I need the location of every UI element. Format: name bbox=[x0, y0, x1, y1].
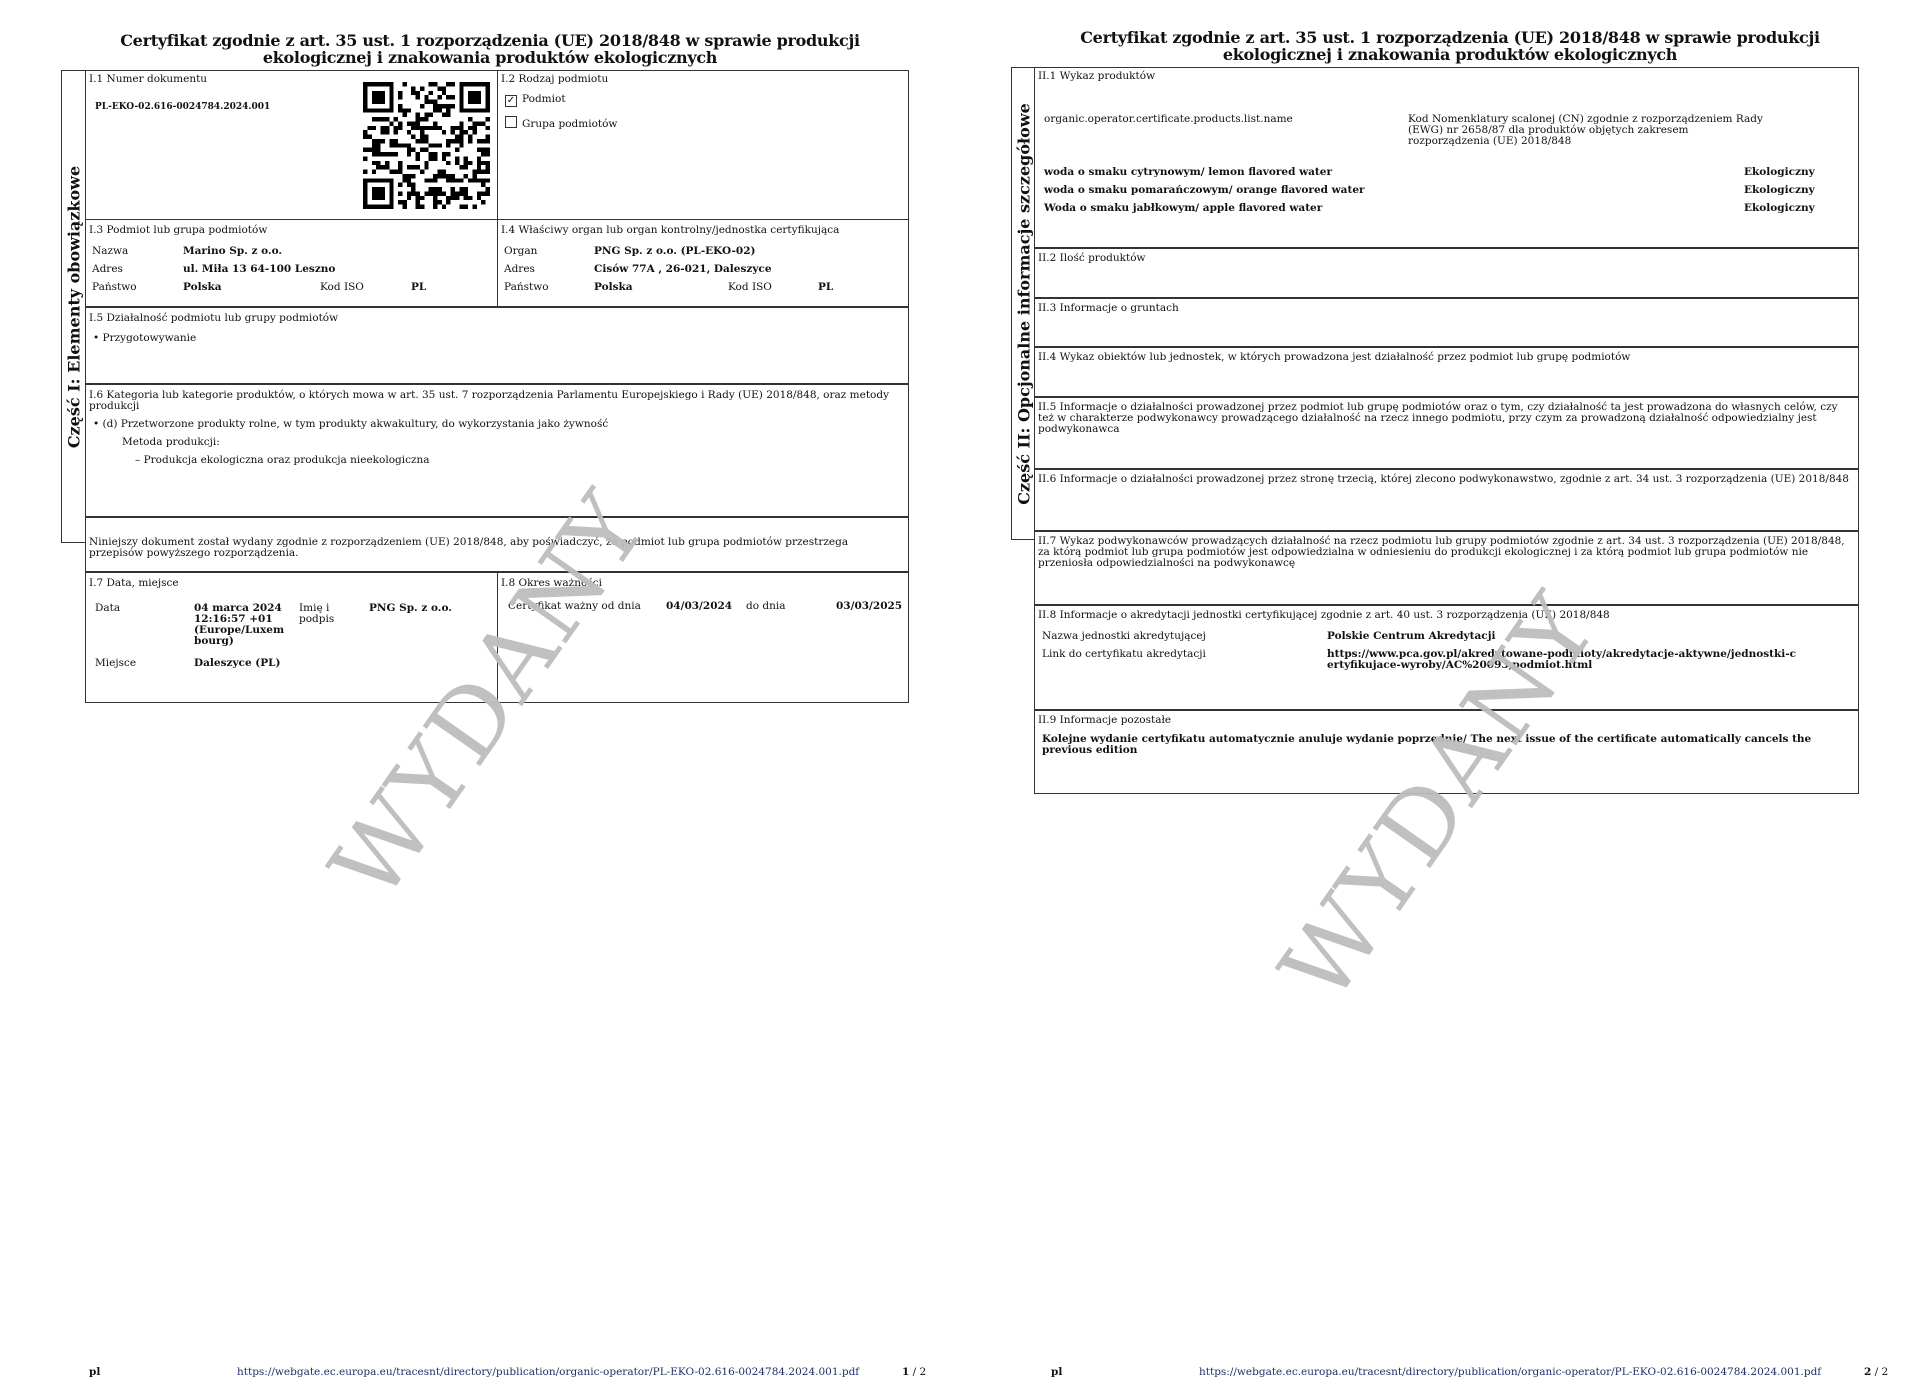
product-status: Ekologiczny bbox=[1744, 167, 1815, 178]
section-i6: I.6 Kategoria lub kategorie produktów, o… bbox=[85, 387, 909, 469]
section-ii1: II.1 Wykaz produktów bbox=[1034, 68, 1859, 85]
section-heading: I.4 Właściwy organ lub organ kontrolny/j… bbox=[501, 225, 905, 236]
product-name: woda o smaku cytrynowym/ lemon flavored … bbox=[1044, 167, 1332, 178]
operator-address: ul. Miła 13 64-100 Leszno bbox=[183, 264, 335, 275]
section-ii2: II.2 Ilość produktów bbox=[1034, 250, 1859, 267]
checkbox-grupa[interactable]: Grupa podmiotów bbox=[505, 116, 905, 130]
section-ii3: II.3 Informacje o gruntach bbox=[1034, 300, 1859, 317]
section-heading: II.8 Informacje o akredytacji jednostki … bbox=[1038, 610, 1855, 621]
part-2-label: Część II: Opcjonalne informacje szczegół… bbox=[1011, 67, 1035, 540]
divider bbox=[85, 516, 909, 518]
section-heading: II.1 Wykaz produktów bbox=[1038, 71, 1855, 82]
activity-item: • Przygotowywanie bbox=[93, 333, 905, 344]
production-method: – Produkcja ekologiczna oraz produkcja n… bbox=[135, 455, 905, 466]
field-label: Data bbox=[95, 603, 120, 614]
section-ii7: II.7 Wykaz podwykonawców prowadzących dz… bbox=[1034, 533, 1859, 572]
checkbox-unchecked-icon[interactable] bbox=[505, 116, 517, 128]
issuance-statement: Niniejszy dokument został wydany zgodnie… bbox=[85, 534, 909, 562]
section-i3: I.3 Podmiot lub grupa podmiotów bbox=[85, 222, 497, 239]
field-label: Nazwa jednostki akredytującej bbox=[1042, 631, 1206, 642]
issue-date: 04 marca 202412:16:57 +01(Europe/Luxembo… bbox=[194, 603, 289, 647]
page-number: 2 / 2 bbox=[1864, 1366, 1888, 1378]
divider bbox=[85, 383, 909, 385]
divider bbox=[1034, 396, 1859, 398]
section-i2: I.2 Rodzaj podmiotu ✓Podmiot Grupa podmi… bbox=[497, 71, 909, 133]
document-url-link[interactable]: https://webgate.ec.europa.eu/tracesnt/di… bbox=[237, 1366, 859, 1378]
document-title: Certyfikat zgodnie z art. 35 ust. 1 rozp… bbox=[70, 32, 910, 66]
qr-code-icon bbox=[363, 82, 490, 209]
product-category: • (d) Przetworzone produkty rolne, w tym… bbox=[93, 419, 905, 430]
document-number: PL-EKO-02.616-0024784.2024.001 bbox=[95, 102, 270, 113]
method-label: Metoda produkcji: bbox=[122, 437, 905, 448]
operator-iso: PL bbox=[411, 282, 426, 293]
control-body-address: Cisów 77A , 26-021, Daleszyce bbox=[594, 264, 772, 275]
product-status: Ekologiczny bbox=[1744, 185, 1815, 196]
field-label: Kod ISO bbox=[728, 282, 772, 293]
divider bbox=[1034, 346, 1859, 348]
field-label: Organ bbox=[504, 246, 537, 257]
certificate-page-1: Certyfikat zgodnie z art. 35 ust. 1 rozp… bbox=[0, 0, 960, 1385]
section-heading: I.7 Data, miejsce bbox=[89, 578, 493, 589]
divider bbox=[1034, 297, 1859, 299]
document-url-link[interactable]: https://webgate.ec.europa.eu/tracesnt/di… bbox=[1199, 1366, 1821, 1378]
field-label: Miejsce bbox=[95, 658, 136, 669]
column-header-name: organic.operator.certificate.products.li… bbox=[1044, 114, 1293, 125]
field-label: Link do certyfikatu akredytacji bbox=[1042, 649, 1206, 660]
field-label: Państwo bbox=[92, 282, 137, 293]
section-i5: I.5 Działalność podmiotu lub grupy podmi… bbox=[85, 310, 909, 347]
control-body-country: Polska bbox=[594, 282, 633, 293]
section-heading: I.6 Kategoria lub kategorie produktów, o… bbox=[89, 390, 905, 412]
certificate-page-2: Certyfikat zgodnie z art. 35 ust. 1 rozp… bbox=[960, 0, 1920, 1385]
field-label: Adres bbox=[504, 264, 535, 275]
section-ii4: II.4 Wykaz obiektów lub jednostek, w któ… bbox=[1034, 349, 1859, 366]
checkbox-podmiot[interactable]: ✓Podmiot bbox=[505, 94, 905, 107]
accreditation-body: Polskie Centrum Akredytacji bbox=[1327, 631, 1495, 642]
divider bbox=[1034, 468, 1859, 470]
section-heading: I.2 Rodzaj podmiotu bbox=[501, 74, 905, 85]
operator-name: Marino Sp. z o.o. bbox=[183, 246, 282, 257]
product-status: Ekologiczny bbox=[1744, 203, 1815, 214]
divider bbox=[1034, 604, 1859, 606]
field-label: do dnia bbox=[746, 601, 785, 612]
control-body-name: PNG Sp. z o.o. (PL-EKO-02) bbox=[594, 246, 756, 257]
section-heading: I.3 Podmiot lub grupa podmiotów bbox=[89, 225, 493, 236]
section-i7: I.7 Data, miejsce bbox=[85, 575, 497, 592]
field-label: Adres bbox=[92, 264, 123, 275]
field-label: Kod ISO bbox=[320, 282, 364, 293]
page-number: 1 / 2 bbox=[902, 1366, 926, 1378]
valid-from: 04/03/2024 bbox=[666, 601, 732, 612]
operator-country: Polska bbox=[183, 282, 222, 293]
control-body-iso: PL bbox=[818, 282, 833, 293]
divider bbox=[1034, 530, 1859, 532]
checkbox-checked-icon[interactable]: ✓ bbox=[505, 95, 517, 107]
divider bbox=[85, 306, 909, 308]
section-ii8: II.8 Informacje o akredytacji jednostki … bbox=[1034, 607, 1859, 624]
part-1-label: Część I: Elementy obowiązkowe bbox=[61, 70, 86, 543]
product-name: Woda o smaku jabłkowym/ apple flavored w… bbox=[1044, 203, 1322, 214]
field-label: Państwo bbox=[504, 282, 549, 293]
language-code: pl bbox=[89, 1366, 100, 1378]
section-i4: I.4 Właściwy organ lub organ kontrolny/j… bbox=[497, 222, 909, 239]
section-ii6: II.6 Informacje o działalności prowadzon… bbox=[1034, 471, 1859, 488]
signer: PNG Sp. z o.o. bbox=[369, 603, 452, 614]
section-ii5: II.5 Informacje o działalności prowadzon… bbox=[1034, 399, 1859, 438]
language-code: pl bbox=[1051, 1366, 1062, 1378]
field-label: Imię i podpis bbox=[299, 603, 339, 625]
section-heading: I.5 Działalność podmiotu lub grupy podmi… bbox=[89, 313, 905, 324]
document-title: Certyfikat zgodnie z art. 35 ust. 1 rozp… bbox=[1030, 29, 1870, 63]
valid-to: 03/03/2025 bbox=[836, 601, 902, 612]
product-name: woda o smaku pomarańczowym/ orange flavo… bbox=[1044, 185, 1365, 196]
divider bbox=[1034, 247, 1859, 249]
column-header-cn: Kod Nomenklatury scalonej (CN) zgodnie z… bbox=[1408, 114, 1768, 147]
issue-place: Daleszyce (PL) bbox=[194, 658, 281, 669]
field-label: Nazwa bbox=[92, 246, 128, 257]
